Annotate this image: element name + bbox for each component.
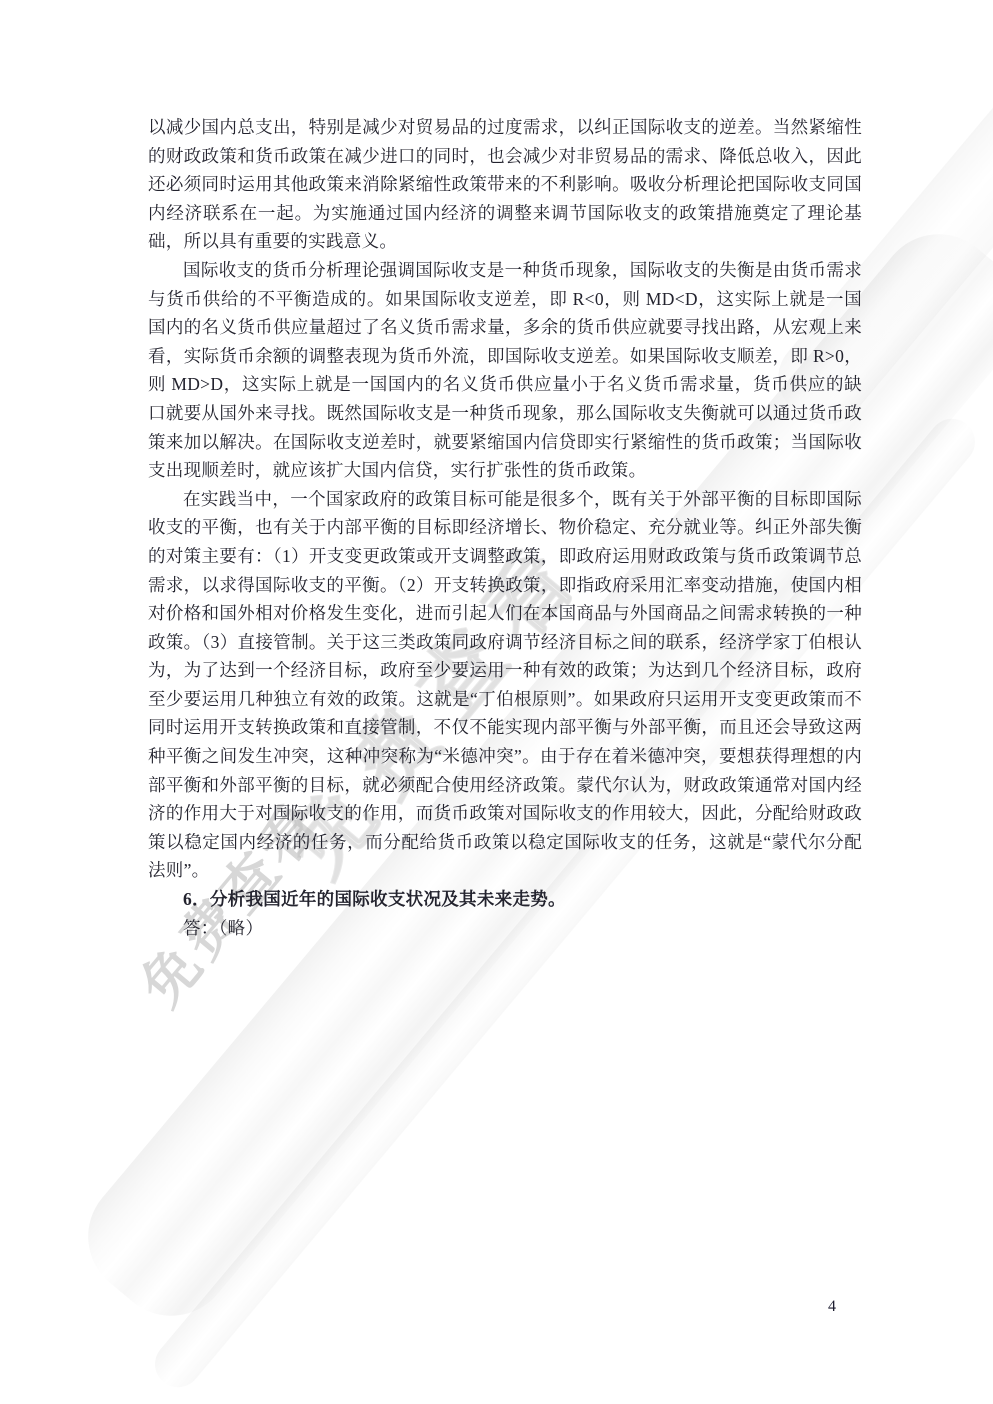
page-number: 4 [828, 1298, 836, 1316]
answer-line: 答：（略） [148, 914, 862, 943]
paragraph-monetary-analysis: 国际收支的货币分析理论强调国际收支是一种货币现象，国际收支的失衡是由货币需求与货… [148, 256, 862, 485]
paragraph-policy-targets: 在实践当中，一个国家政府的政策目标可能是很多个，既有关于外部平衡的目标即国际收支… [148, 485, 862, 885]
text-block: 以减少国内总支出，特别是减少对贸易品的过度需求，以纠正国际收支的逆差。当然紧缩性… [148, 113, 862, 942]
paragraph-continuation: 以减少国内总支出，特别是减少对贸易品的过度需求，以纠正国际收支的逆差。当然紧缩性… [148, 113, 862, 256]
document-page: 免费查看 免费查看 以减少国内总支出，特别是减少对贸易品的过度需求，以纠正国际收… [0, 0, 993, 1404]
question-item-6: 6．分析我国近年的国际收支状况及其未来走势。 [148, 885, 862, 914]
